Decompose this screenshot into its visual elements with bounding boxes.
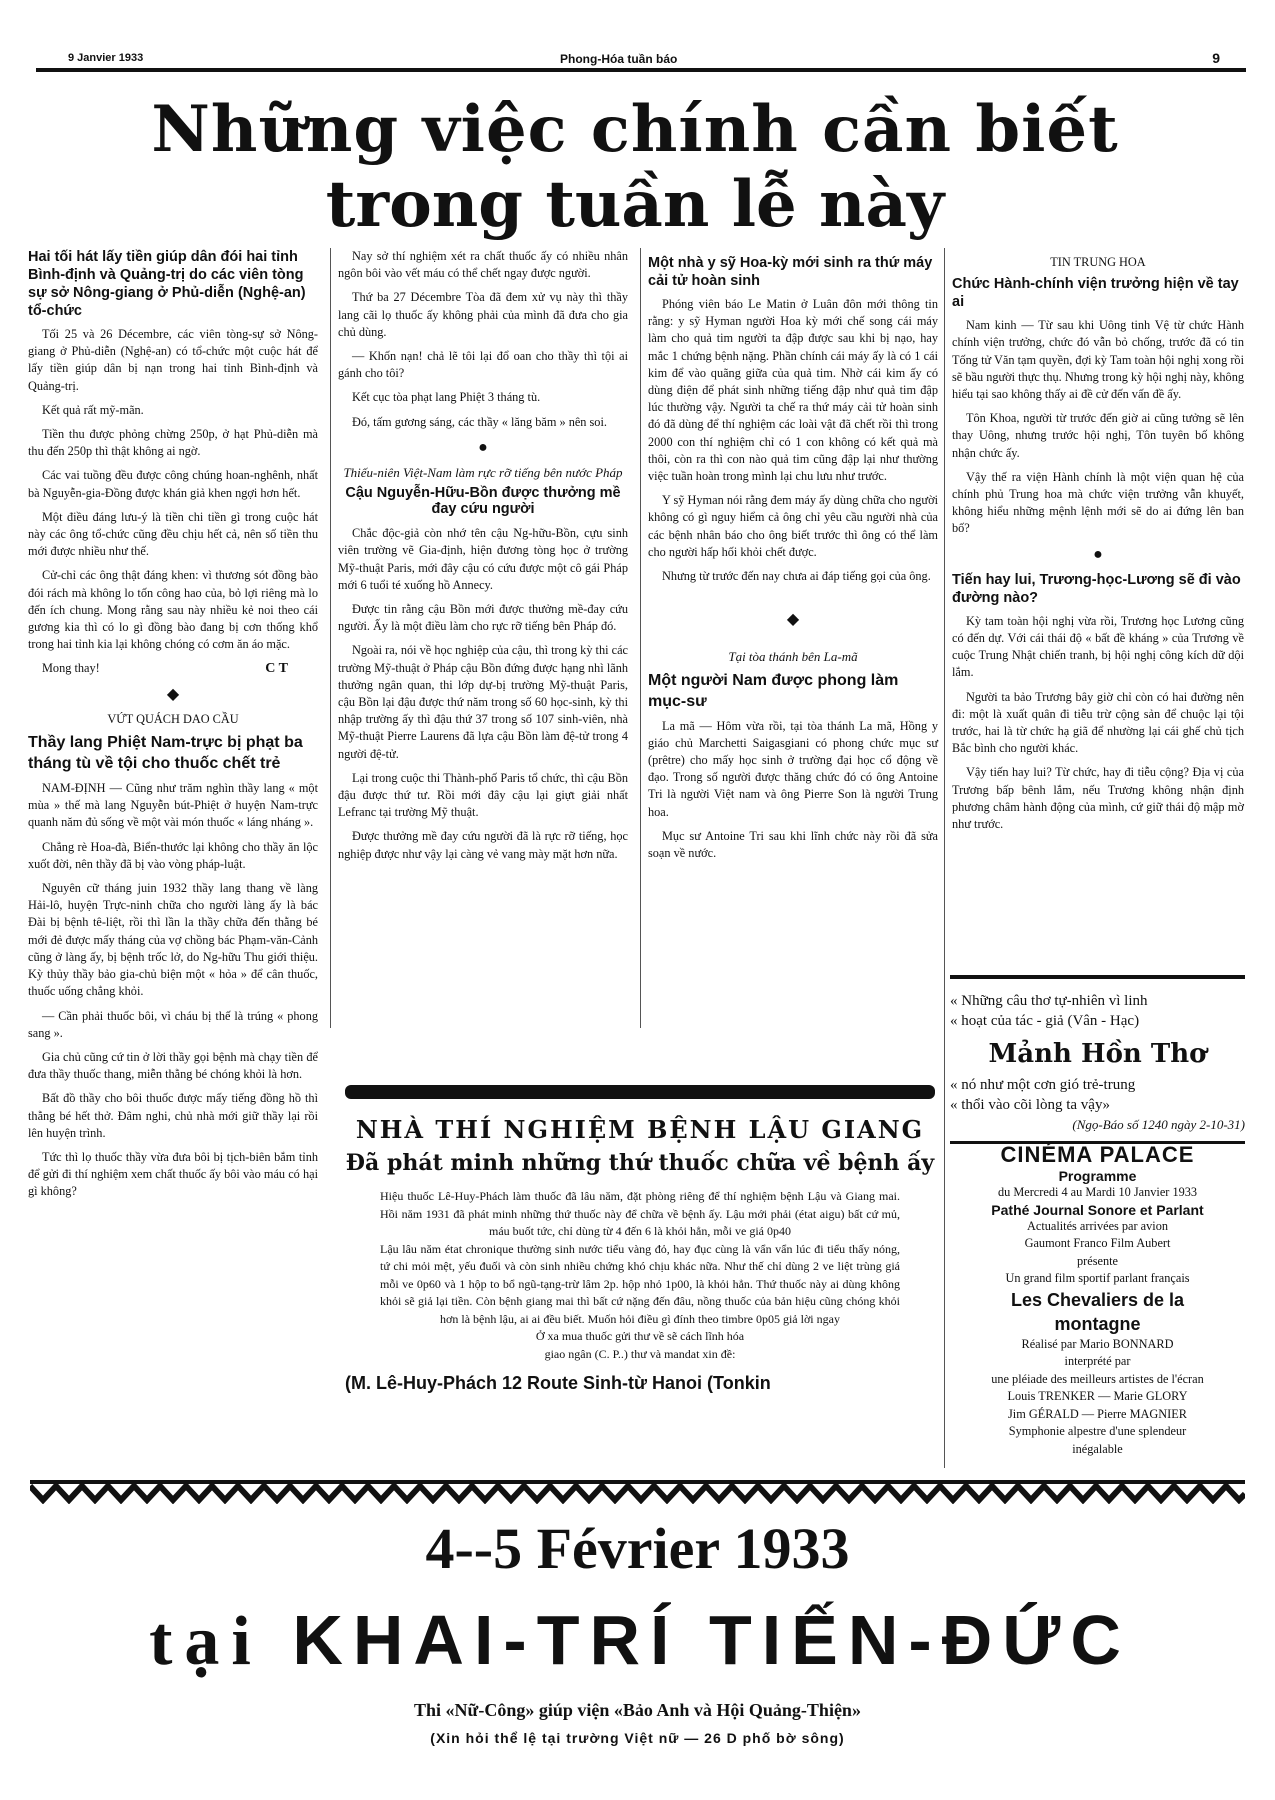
main-headline-line1: Những việc chính cần biết: [110, 95, 1160, 165]
poem-line: « Những câu thơ tự-nhiên vì linh: [950, 991, 1245, 1011]
poem-title: Mảnh Hồn Thơ: [950, 1039, 1245, 1069]
paragraph: Được thưởng mề đay cứu người đã là rực r…: [338, 828, 628, 862]
ad-body: Hiệu thuốc Lê-Huy-Phách làm thuốc đã lâu…: [380, 1188, 900, 1241]
article-title: Thầy lang Phiệt Nam-trực bị phạt ba thán…: [28, 732, 318, 774]
paragraph: Tối 25 và 26 Décembre, các viên tòng-sự …: [28, 326, 318, 395]
paragraph: Lại trong cuộc thi Thành-phố Paris tổ ch…: [338, 770, 628, 822]
interprete-line: interprété par: [950, 1353, 1245, 1371]
paragraph: Nhưng từ trước đến nay chưa ai đáp tiếng…: [648, 568, 938, 585]
ad-address: (M. Lê-Huy-Phách 12 Route Sinh-từ Hanoi …: [340, 1373, 940, 1394]
paragraph: Cử-chỉ các ông thật đáng khen: vì thương…: [28, 567, 318, 653]
article-title: Chức Hành-chính viện trưởng hiện về tay …: [952, 275, 1244, 311]
paragraph: Ngoài ra, nói về học nghiệp của cậu, thì…: [338, 642, 628, 762]
author-initials: C T: [265, 660, 288, 677]
paragraph: Kỳ tam toàn hội nghị vừa rồi, Trương học…: [952, 613, 1244, 682]
poem-line: « nó như một cơn gió trẻ-trung: [950, 1075, 1245, 1095]
paragraph: Kết cục tòa phạt lang Phiệt 3 tháng tù.: [338, 389, 628, 406]
paragraph: Được tin rằng cậu Bồn mới được thưởng mề…: [338, 601, 628, 635]
film-title: montagne: [950, 1312, 1245, 1336]
masthead: 9 Janvier 1933 Phong-Hóa tuần báo 9: [30, 50, 1250, 76]
director-line: Réalisé par Mario BONNARD: [950, 1336, 1245, 1354]
column-2: Nay sở thí nghiệm xét ra chất thuốc ấy c…: [338, 248, 628, 870]
column-divider: [640, 248, 641, 1028]
pharmacy-advertisement: NHÀ THÍ NGHIỆM BỆNH LẬU GIANG Đã phát mi…: [340, 1105, 940, 1394]
column-3: Một nhà y sỹ Hoa-kỳ mới sinh ra thứ máy …: [648, 248, 938, 869]
article-title: Tiến hay lui, Trương-học-Lương sẽ đi vào…: [952, 571, 1244, 607]
diamond-separator-icon: ◆: [28, 686, 318, 703]
divider-rule: [950, 975, 1245, 979]
paragraph: Bất đồ thầy cho bôi thuốc được mấy tiếng…: [28, 1090, 318, 1142]
paragraph: Tức thì lọ thuốc thầy vừa đưa bôi bị tịc…: [28, 1149, 318, 1201]
paragraph: Chắc độc-giả còn nhớ tên cậu Ng-hữu-Bồn,…: [338, 525, 628, 594]
event-place-name: KHAI-TRÍ TIẾN-ĐỨC: [292, 1601, 1131, 1679]
poem-source: (Ngọ-Báo số 1240 ngày 2-10-31): [950, 1117, 1245, 1133]
paragraph: Mục sư Antoine Tri sau khi lĩnh chức này…: [648, 828, 938, 862]
event-place: tại KHAI-TRÍ TIẾN-ĐỨC: [20, 1600, 1260, 1682]
paragraph: NAM-ĐỊNH — Cũng như trăm nghìn thầy lang…: [28, 780, 318, 832]
column-divider: [330, 248, 331, 1028]
article-kicker: VỨT QUÁCH DAO CẦU: [28, 711, 318, 728]
paragraph: Các vai tuồng đều được công chúng hoan-n…: [28, 467, 318, 501]
cast-line: Jim GÉRALD — Pierre MAGNIER: [950, 1406, 1245, 1424]
paragraph: Gia chủ cũng cứ tin ở lời thầy gọi bệnh …: [28, 1049, 318, 1083]
paragraph: Vậy thế ra viện Hành chính là một viện q…: [952, 469, 1244, 538]
column-4: TIN TRUNG HOA Chức Hành-chính viện trưởn…: [952, 248, 1244, 840]
paragraph: Tiền thu được phỏng chừng 250p, ở hạt Ph…: [28, 426, 318, 460]
event-subtitle: Thi «Nữ-Công» giúp viện «Bảo Anh và Hội …: [0, 1700, 1275, 1721]
cast-line: Louis TRENKER — Marie GLORY: [950, 1388, 1245, 1406]
paragraph: Một điều đáng lưu-ý là tiền chi tiền gì …: [28, 509, 318, 561]
paragraph: Vậy tiến hay lui? Từ chức, hay đi tiễu c…: [952, 764, 1244, 833]
article-title: Một nhà y sỹ Hoa-kỳ mới sinh ra thứ máy …: [648, 254, 938, 290]
wavy-divider: [345, 1085, 935, 1099]
poem-advertisement: « Những câu thơ tự-nhiên vì linh « hoạt …: [950, 975, 1245, 1144]
event-date: 4--5 Février 1933: [0, 1515, 1275, 1582]
newsreel-label: Pathé Journal Sonore et Parlant: [950, 1202, 1245, 1218]
paragraph: Phóng viên báo Le Matin ở Luân đôn mới t…: [648, 296, 938, 485]
cinema-name: CINÉMA PALACE: [950, 1142, 1245, 1168]
paragraph: Nguyên cữ tháng juin 1932 thầy lang than…: [28, 880, 318, 1000]
event-place-prefix: tại: [149, 1603, 263, 1680]
poem-line: « hoạt của tác - giả (Vân - Hạc): [950, 1011, 1245, 1031]
tagline: Symphonie alpestre d'une splendeur: [950, 1423, 1245, 1441]
main-headline-line2: trong tuần lễ này: [110, 170, 1160, 240]
actualites-line: Actualités arrivées par avion: [950, 1218, 1245, 1236]
paragraph: Nam kinh — Từ sau khi Uông tinh Vệ từ ch…: [952, 317, 1244, 403]
paragraph: Nay sở thí nghiệm xét ra chất thuốc ấy c…: [338, 248, 628, 282]
paragraph: Thứ ba 27 Décembre Tòa đã đem xử vụ này …: [338, 289, 628, 341]
ad-mail-line: Ở xa mua thuốc gửi thư về sẽ cách lĩnh h…: [340, 1328, 940, 1346]
dot-separator-icon: ●: [952, 546, 1244, 563]
ad-body: Lậu lâu năm état chronique thường sinh n…: [380, 1241, 900, 1329]
event-info: (Xin hỏi thể lệ tại trường Việt nữ — 26 …: [0, 1730, 1275, 1746]
paragraph: — Cần phải thuốc bôi, vì cháu bị thế là …: [28, 1008, 318, 1042]
film-type: Un grand film sportif parlant français: [950, 1270, 1245, 1288]
zigzag-border: [30, 1480, 1245, 1504]
article-kicker: TIN TRUNG HOA: [952, 254, 1244, 271]
presenter-line: Gaumont Franco Film Aubert: [950, 1235, 1245, 1253]
paragraph: Chẳng rè Hoa-đà, Biển-thước lại không ch…: [28, 839, 318, 873]
page-number: 9: [1212, 50, 1220, 66]
closing: Mong thay!: [42, 660, 100, 677]
tagline: inégalable: [950, 1441, 1245, 1459]
article-title: Hai tối hát lấy tiền giúp dân đói hai tỉ…: [28, 248, 318, 320]
column-divider: [944, 248, 945, 1468]
poem-line: « thổi vào cõi lòng ta vậy»: [950, 1095, 1245, 1115]
presente-line: présente: [950, 1253, 1245, 1271]
column-1: Hai tối hát lấy tiền giúp dân đói hai tỉ…: [28, 248, 318, 1208]
article-kicker: Tại tòa thánh bên La-mã: [648, 648, 938, 665]
cinema-advertisement: CINÉMA PALACE Programme du Mercredi 4 au…: [950, 1142, 1245, 1458]
paragraph: Y sỹ Hyman nói rằng đem máy ấy dùng chữa…: [648, 492, 938, 561]
paper-name: Phong-Hóa tuần báo: [560, 52, 677, 66]
paragraph: Đó, tấm gương sáng, các thầy « lăng băm …: [338, 414, 628, 431]
signature-line: Mong thay! C T: [28, 660, 318, 677]
paragraph: La mã — Hôm vừa rồi, tại tòa thánh La mã…: [648, 718, 938, 821]
dot-separator-icon: ●: [338, 439, 628, 456]
article-kicker: Thiếu-niên Việt-Nam làm rực rỡ tiếng bên…: [338, 464, 628, 481]
film-title: Les Chevaliers de la: [950, 1288, 1245, 1312]
programme-dates: du Mercredi 4 au Mardi 10 Janvier 1933: [950, 1184, 1245, 1202]
diamond-separator-icon: ◆: [648, 611, 938, 628]
pleiade-line: une pléiade des meilleurs artistes de l'…: [950, 1371, 1245, 1389]
paragraph: — Khốn nạn! chả lẽ tôi lại đổ oan cho th…: [338, 348, 628, 382]
programme-label: Programme: [950, 1168, 1245, 1184]
paragraph: Tôn Khoa, người từ trước đến giờ ai cũng…: [952, 410, 1244, 462]
issue-date: 9 Janvier 1933: [68, 52, 143, 64]
ad-subtitle: Đã phát minh những thứ thuốc chữa về bện…: [340, 1150, 940, 1176]
paragraph: Người ta bảo Trương bây giờ chỉ còn có h…: [952, 689, 1244, 758]
ad-title: NHÀ THÍ NGHIỆM BỆNH LẬU GIANG: [340, 1115, 940, 1144]
paragraph: Kết quả rất mỹ-mãn.: [28, 402, 318, 419]
article-title: Một người Nam được phong làm mục-sư: [648, 670, 938, 712]
masthead-rule: [36, 68, 1246, 72]
article-title: Cậu Nguyễn-Hữu-Bồn được thưởng mề đay cứ…: [338, 485, 628, 517]
ad-mail-line: giao ngân (C. P..) thư và mandat xin đề:: [340, 1346, 940, 1364]
